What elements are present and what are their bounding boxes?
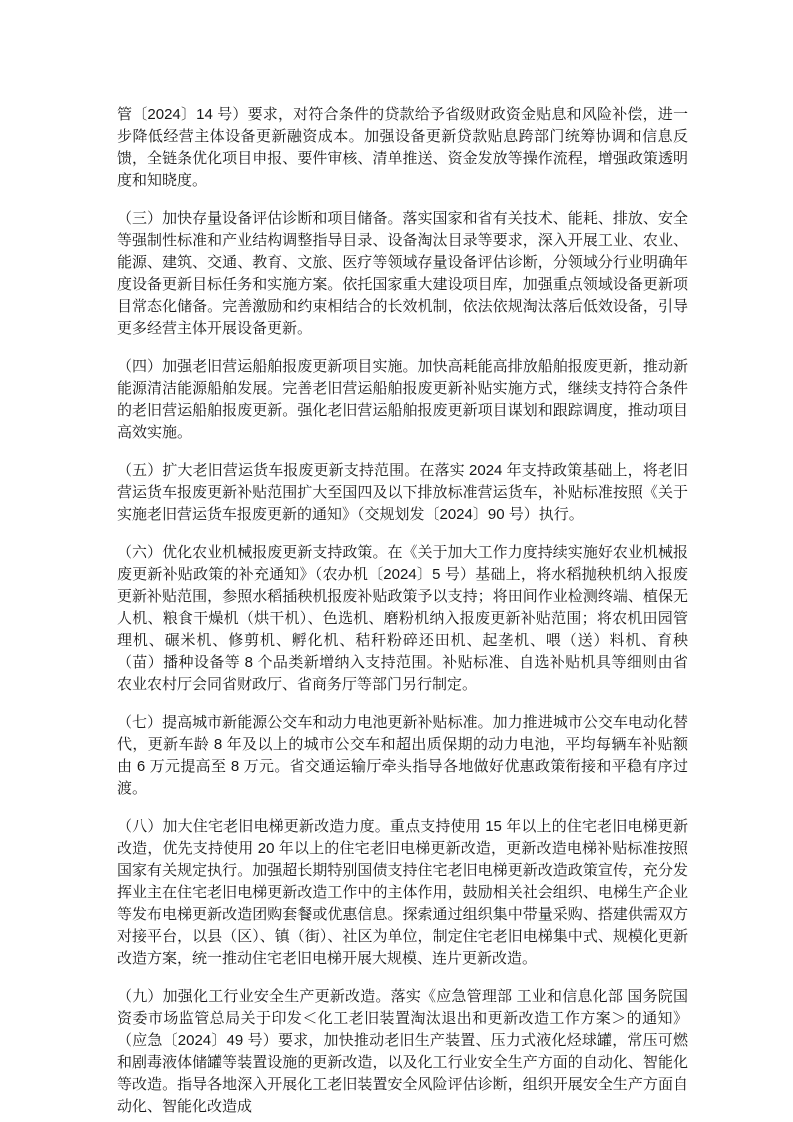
paragraph-continuation: 管〔2024〕14 号）要求，对符合条件的贷款给予省级财政资金贴息和风险补偿，进… xyxy=(117,104,688,192)
paragraph-item-5: （五）扩大老旧营运货车报废更新支持范围。在落实 2024 年支持政策基础上，将老… xyxy=(117,460,688,526)
paragraph-item-6: （六）优化农业机械报废更新支持政策。在《关于加大工作力度持续实施好农业机械报废更… xyxy=(117,542,688,696)
paragraph-item-9: （九）加强化工行业安全生产更新改造。落实《应急管理部 工业和信息化部 国务院国资… xyxy=(117,986,688,1118)
document-page: 管〔2024〕14 号）要求，对符合条件的贷款给予省级财政资金贴息和风险补偿，进… xyxy=(0,0,793,1122)
paragraph-item-4: （四）加强老旧营运船舶报废更新项目实施。加快高耗能高排放船舶报废更新，推动新能源… xyxy=(117,356,688,444)
document-body: 管〔2024〕14 号）要求，对符合条件的贷款给予省级财政资金贴息和风险补偿，进… xyxy=(117,104,688,1118)
paragraph-item-3: （三）加快存量设备评估诊断和项目储备。落实国家和省有关技术、能耗、排放、安全等强… xyxy=(117,208,688,340)
paragraph-item-7: （七）提高城市新能源公交车和动力电池更新补贴标准。加力推进城市公交车电动化替代，… xyxy=(117,712,688,800)
paragraph-item-8: （八）加大住宅老旧电梯更新改造力度。重点支持使用 15 年以上的住宅老旧电梯更新… xyxy=(117,816,688,970)
